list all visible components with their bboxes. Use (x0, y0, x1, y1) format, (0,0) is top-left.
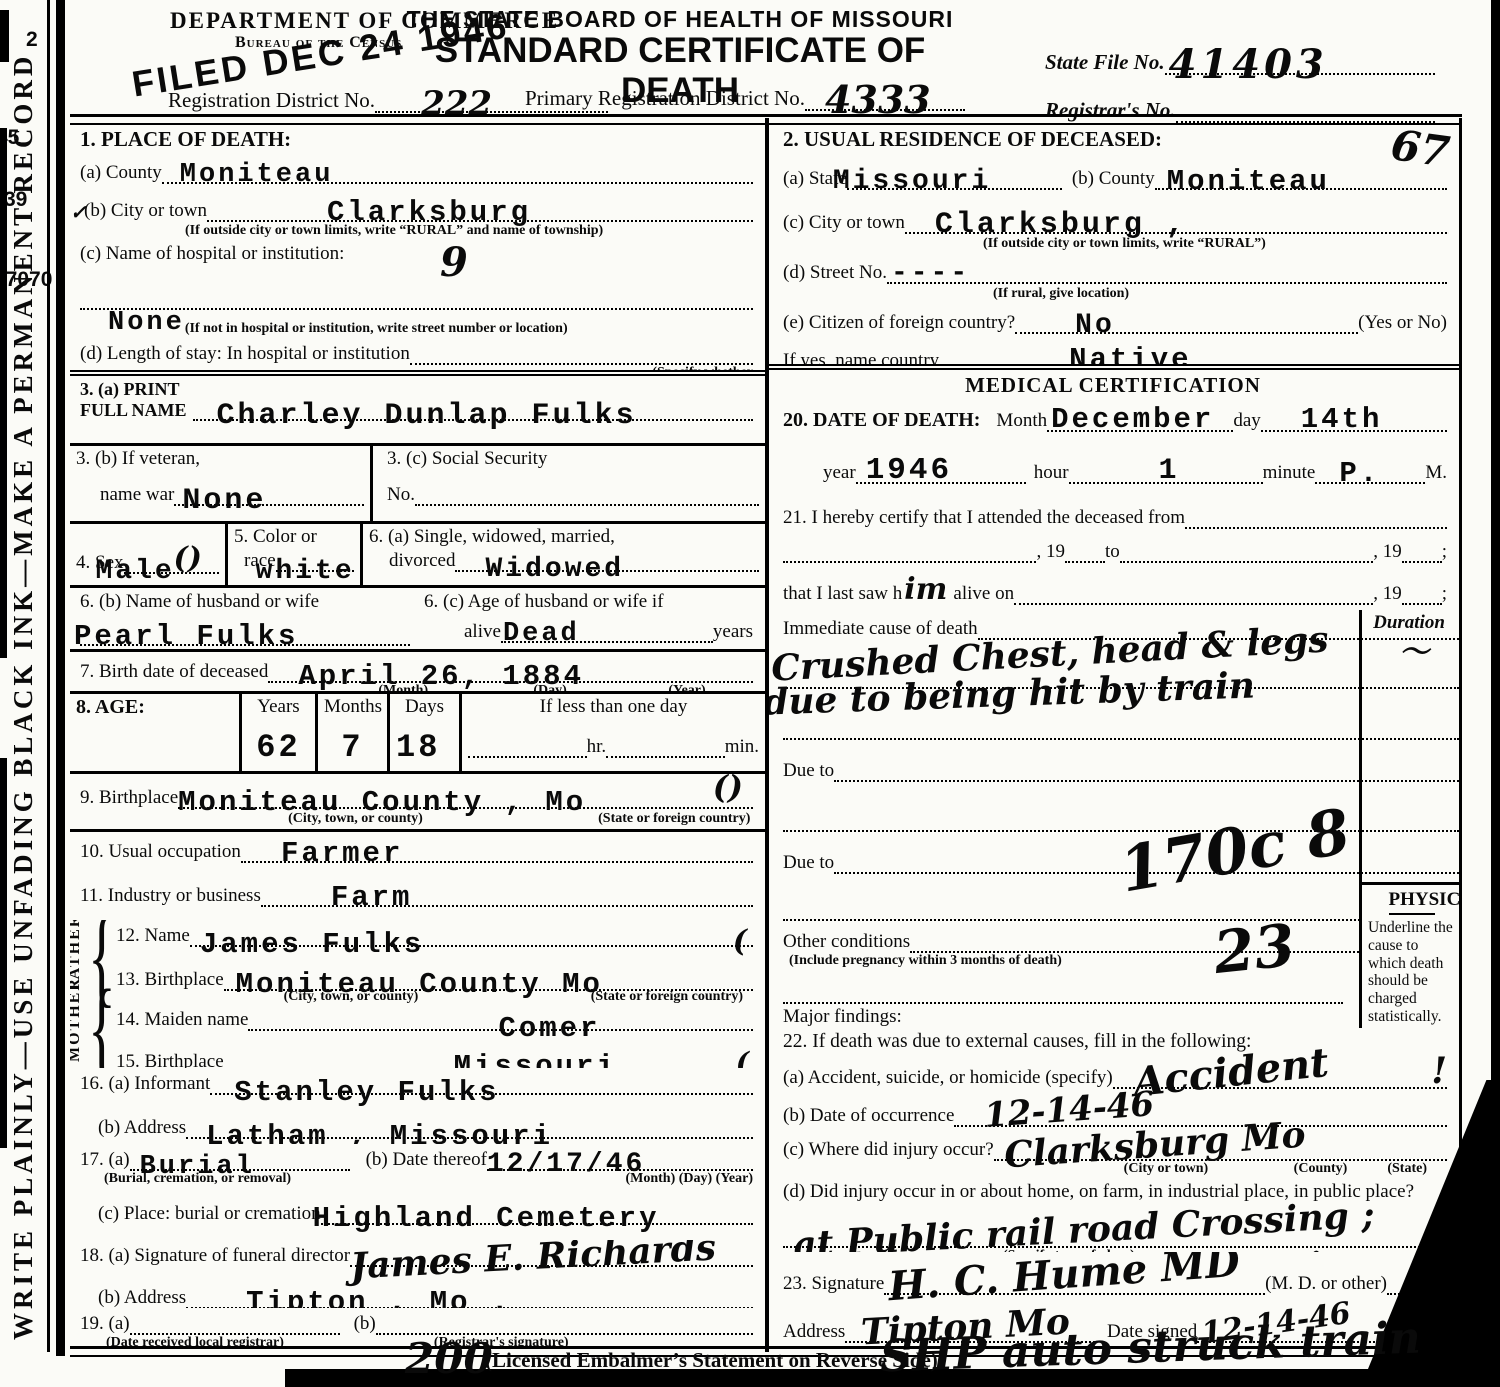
county-row: (a) County Moniteau (80, 162, 753, 184)
months-value: 7 (324, 732, 381, 764)
dotted-line: Moniteau 67 (1155, 171, 1447, 190)
rule-vertical-thick (56, 0, 65, 1356)
funeral-address-value: Tipton , Mo . (246, 1288, 511, 1308)
hospital-note: (If not in hospital or institution, writ… (185, 321, 568, 337)
mother-brace: { (88, 974, 116, 1068)
street-label: (d) Street No. (783, 262, 887, 284)
rule-vertical-thin (47, 0, 50, 1352)
accident-label: (a) Accident, suicide, or homicide (spec… (783, 1067, 1113, 1089)
ssn-no-label: No. (387, 484, 415, 506)
father-name-label: 12. Name (116, 925, 190, 947)
dotted-line: Missouri (847, 171, 1062, 190)
informant-label: 16. (a) Informant (80, 1073, 210, 1095)
dotted-line: P. (1315, 465, 1425, 484)
state-county-row: (a) State Missouri (b) County Moniteau 6… (783, 168, 1447, 190)
dotted-line: Farmer (241, 844, 753, 863)
full-name-label-block: 3. (a) PRINT FULL NAME (80, 379, 187, 421)
dotted-line: None (174, 487, 364, 506)
yes-no-suffix: (Yes or No) (1358, 312, 1447, 334)
informant-row: 16. (a) Informant Stanley Fulks (80, 1073, 753, 1095)
section-3a-full-name: 3. (a) PRINT FULL NAME Charley Dunlap Fu… (70, 376, 765, 446)
name-war-label: name war (100, 484, 174, 506)
registrar-b-label: (b) (354, 1313, 376, 1335)
physician-signature-row: 23. Signature H. C. Hume MD (M. D. or ot… (783, 1273, 1447, 1295)
year-label: year (823, 462, 856, 484)
mother-birthplace-value: Missouri (454, 1052, 617, 1068)
dotted-line (783, 985, 1343, 1004)
dotted-line: 12/17/46 (487, 1152, 753, 1171)
funeral-address-label: (b) Address (98, 1287, 186, 1308)
section-1-place-of-death: 1. PLACE OF DEATH: (a) County Moniteau ✓… (70, 124, 765, 376)
ssn-cell: 3. (c) Social Security No. (370, 446, 765, 521)
age-label-cell: 8. AGE: (70, 694, 242, 771)
other-conditions-label: Other conditions (783, 931, 910, 953)
full-name-label: FULL NAME (80, 400, 187, 421)
registration-district-label: Registration District No. (168, 88, 375, 113)
physician-signature-value: H. C. Hume MD (887, 1252, 1241, 1307)
dotted-line (783, 721, 1459, 740)
hour-label: hour (1034, 462, 1069, 484)
marital-row: divorced Widowed (369, 550, 759, 572)
ssn-no-row: No. (387, 484, 759, 506)
state-note: (State) (1387, 1161, 1427, 1177)
full-name-value: Charley Dunlap Fulks (217, 401, 637, 431)
state-file-value: 41403 (1169, 45, 1328, 85)
left-column: 1. PLACE OF DEATH: (a) County Moniteau ✓… (70, 124, 765, 1352)
dotted-line: Pearl Fulks (80, 627, 410, 646)
dotted-line: Dead (501, 624, 713, 643)
min-label: min. (725, 736, 759, 758)
nineteen-1: , 19 (1036, 541, 1065, 563)
days-value: 18 (396, 732, 453, 764)
dotted-line: ---- (887, 265, 1447, 284)
section-10-occupation: 10. Usual occupation Farmer (70, 832, 765, 878)
months-header: Months (324, 696, 381, 718)
dotted-line: H. C. Hume MD (884, 1276, 1265, 1295)
informant-address-row: (b) Address Latham , Missouri (80, 1117, 753, 1139)
spouse-age-label-1: 6. (c) Age of husband or wife if (424, 591, 753, 613)
age-days-cell: Days 18 (390, 694, 462, 771)
sex-cell: 4. Sex Male () (70, 524, 228, 585)
burial-place-label: (c) Place: burial or cremation (98, 1203, 321, 1225)
age-label: 8. AGE: (76, 696, 145, 718)
city-note: (City or town) (1124, 1161, 1209, 1177)
spouse-columns: 6. (b) Name of husband or wife Pearl Ful… (80, 591, 753, 646)
race-label-1: 5. Color or (234, 526, 354, 548)
dotted-line (130, 1316, 340, 1335)
dotted-line: James E. Richards (350, 1248, 753, 1267)
dotted-line (783, 814, 1459, 833)
residence-city-row: (c) City or town Clarksburg , (783, 212, 1447, 234)
date-thereof-label: (b) Date thereof (366, 1149, 487, 1171)
section-4-5-6a: 4. Sex Male () 5. Color or race (70, 524, 765, 588)
marital-value: Widowed (485, 556, 624, 584)
dotted-line: 14th (1261, 413, 1447, 432)
dotted-line (376, 1316, 753, 1335)
section-3b-3c: 3. (b) If veteran, name war None 3. (c) … (70, 446, 765, 524)
section-12-15-parents: FATHER { MOTHER { 12. Name James Fulks (… (70, 920, 765, 1068)
marital-cell: 6. (a) Single, widowed, married, divorce… (363, 524, 765, 585)
scrawl-mark: () (174, 544, 202, 574)
dotted-line (1185, 510, 1447, 529)
birthdate-label: 7. Birth date of deceased (80, 661, 268, 683)
section-17-burial: 17. (a) Burial (b) Date thereof 12/17/46… (70, 1144, 765, 1240)
age-years-cell: Years 62 (242, 694, 318, 771)
to-label: to (1105, 541, 1120, 563)
dotted-line: 1 (1069, 465, 1263, 484)
dotted-line: Native (939, 353, 1447, 370)
dotted-line: (Month) (Day) (Year) April 26, 1884 (268, 664, 753, 683)
death-certificate-scan: 2 45 39 47070 WRITE PLAINLY—USE UNFADING… (0, 0, 1500, 1387)
dotted-line: Farm (261, 888, 753, 907)
minute-label: minute (1263, 462, 1316, 484)
street-value: ---- (891, 260, 970, 288)
dotted-line: Moniteau County Mo (City, town, or count… (224, 972, 753, 991)
checkmark: ✓ (70, 202, 87, 222)
certificate-form: DEPARTMENT OF COMMERCE Bureau of the Cen… (70, 0, 1462, 1356)
dotted-line (410, 346, 753, 365)
hospital-label-row: (c) Name of hospital or institution: 9 (80, 243, 753, 265)
dotted-line: Comer (248, 1012, 753, 1031)
attended-row-1: 21. I hereby certify that I attended the… (783, 507, 1447, 529)
citizen-value: No (1075, 312, 1115, 340)
immediate-cause-label: Immediate cause of death (783, 618, 978, 640)
section-9-birthplace: 9. Birthplace Moniteau County , Mo () (C… (70, 774, 765, 832)
death-day-value: 14th (1301, 405, 1383, 434)
dotted-line (1402, 586, 1442, 605)
residence-county-label: (b) County (1072, 168, 1155, 190)
birthplace-row: 9. Birthplace Moniteau County , Mo () (C… (80, 787, 753, 809)
dotted-line: 4333 (805, 92, 965, 111)
city-row: ✓ (b) City or town Clarksburg (80, 200, 753, 222)
death-month-value: December (1051, 405, 1214, 434)
dotted-line: December (1047, 413, 1233, 432)
scrawl-mark: ( (736, 1049, 749, 1068)
length-of-stay-row: (d) Length of stay: In hospital or insti… (80, 343, 753, 365)
state-country-note: (State or foreign country) (598, 811, 750, 827)
exclamation-scrawl: ! (1431, 1053, 1447, 1089)
print-label: 3. (a) PRINT (80, 379, 187, 400)
dotted-line: Moniteau County , Mo () (City, town, or … (178, 790, 753, 809)
spouse-age-row: alive Dead years (424, 621, 753, 643)
dotted-line: white (276, 553, 354, 572)
occupation-row: 10. Usual occupation Farmer (80, 841, 753, 863)
county-note: (County) (1294, 1161, 1348, 1177)
dotted-line (468, 739, 587, 758)
dotted-line: Latham , Missouri (186, 1120, 753, 1139)
board-title: THE STATE BOARD OF HEALTH OF MISSOURI (400, 6, 960, 33)
section-8-age: 8. AGE: Years 62 Months 7 Days 18 (70, 694, 765, 774)
less-than-day-cell: If less than one day hr. min. (462, 694, 765, 771)
dotted-line (1402, 544, 1442, 563)
md-or-other-suffix: (M. D. or other) (1265, 1273, 1387, 1295)
citizen-row: (e) Citizen of foreign country? No (Yes … (783, 312, 1447, 334)
dotted-line: Moniteau (162, 165, 753, 184)
dotted-line: No (1015, 315, 1358, 334)
dotted-line: Widowed (455, 553, 759, 572)
burial-place-value: Highland Cemetery (313, 1204, 660, 1233)
dotted-line: Tipton , Mo . (186, 1290, 753, 1308)
state-country-note: (State or foreign country) (591, 989, 743, 1005)
dotted-line (80, 291, 753, 310)
father-birthplace-label: 13. Birthplace (116, 969, 224, 991)
section-21-attendance: 21. I hereby certify that I attended the… (769, 502, 1459, 610)
section-18-funeral-director: 18. (a) Signature of funeral director Ja… (70, 1240, 765, 1308)
physician-address-label: Address (783, 1321, 845, 1343)
other-conditions-row: Other conditions (783, 929, 1459, 953)
dotted-line: Clarksburg Mo (City or town) (County) (S… (994, 1142, 1447, 1161)
industry-value: Farm (331, 883, 413, 912)
m-label: M. (1425, 462, 1447, 484)
registrar-row: 19. (a) (b) (80, 1313, 753, 1335)
occupation-label: 10. Usual occupation (80, 841, 241, 863)
dotted-line (1120, 544, 1373, 563)
residence-city-value: Clarksburg , (935, 210, 1187, 240)
margin-vertical-instruction: WRITE PLAINLY—USE UNFADING BLACK INK—MAK… (8, 150, 39, 1340)
race-cell: 5. Color or race white (228, 524, 363, 585)
occurrence-date-row: (b) Date of occurrence 12-14-46 (783, 1105, 1447, 1127)
parents-rows: 12. Name James Fulks ( 13. Birthplace Mo… (116, 925, 753, 1068)
dotted-line: Male () (124, 555, 220, 574)
primary-district-label: Primary Registration District No. (525, 86, 805, 111)
marital-label-1: 6. (a) Single, widowed, married, (369, 526, 759, 548)
scrawl-mark: 67 (1388, 124, 1452, 174)
race-value: white (256, 558, 355, 586)
state-value: Missouri (833, 168, 991, 196)
birthdate-row: 7. Birth date of deceased (Month) (Day) … (80, 661, 753, 683)
footer-code-handwritten: 200 (405, 1338, 493, 1380)
scan-artifact (1491, 0, 1500, 1180)
dotted-line (415, 487, 759, 506)
section-1-title: 1. PLACE OF DEATH: (80, 127, 753, 152)
signature-label: 23. Signature (783, 1273, 884, 1295)
dotted-line (783, 544, 1036, 563)
veteran-cell: 3. (b) If veteran, name war None (70, 446, 370, 521)
dotted-line: Clarksburg (207, 203, 753, 222)
dotted-line: Stanley Fulks (210, 1076, 753, 1095)
age-months-cell: Months 7 (318, 694, 390, 771)
right-column: 2. USUAL RESIDENCE OF DECEASED: (a) Stat… (769, 124, 1459, 1352)
informant-address-value: Latham , Missouri (206, 1122, 553, 1144)
dotted-line: Highland Cemetery (321, 1206, 753, 1225)
cause-of-death-block: Immediate cause of death Due to Due to O… (769, 610, 1459, 1028)
occupation-value: Farmer (281, 839, 403, 868)
citizen-label: (e) Citizen of foreign country? (783, 312, 1015, 334)
scrawl-mark: () (713, 774, 743, 803)
death-hour-value: 1 (1159, 456, 1180, 486)
section-7-birthdate: 7. Birth date of deceased (Month) (Day) … (70, 652, 765, 694)
funeral-director-label: 18. (a) Signature of funeral director (80, 1245, 350, 1267)
spouse-name-value: Pearl Fulks (74, 622, 298, 651)
edge-number-1: 2 (26, 28, 38, 52)
due-to-label-2: Due to (783, 852, 834, 874)
occurrence-date-label: (b) Date of occurrence (783, 1105, 954, 1127)
month-label: Month (996, 410, 1047, 432)
hr-min-row: hr. min. (468, 736, 759, 758)
funeral-address-row: (b) Address Tipton , Mo . (80, 1287, 753, 1308)
birthdate-value: April 26, 1884 (298, 662, 584, 691)
spouse-name-label: 6. (b) Name of husband or wife (80, 591, 410, 613)
section-11-industry: 11. Industry or business Farm (70, 878, 765, 920)
dotted-line (783, 902, 1459, 921)
mother-maiden-row: 14. Maiden name Comer (116, 1009, 753, 1031)
year-note: (Year) (668, 683, 705, 694)
section-16-informant: 16. (a) Informant Stanley Fulks (b) Addr… (70, 1068, 765, 1144)
street-row: (d) Street No. ---- (783, 262, 1447, 284)
mother-birthplace-row: 15. Birthplace Missouri ( (City, town, o… (116, 1051, 753, 1068)
name-country-value: Native (1069, 345, 1191, 370)
dotted-line (834, 763, 1459, 782)
father-name-value: James Fulks (200, 930, 424, 959)
informant-value: Stanley Fulks (234, 1078, 499, 1107)
injury-location-value: at Public rail road Crossing ; (792, 1197, 1375, 1252)
scrawl-mark: 9 (440, 243, 468, 283)
section-2-residence: 2. USUAL RESIDENCE OF DECEASED: (a) Stat… (769, 124, 1459, 370)
external-causes-title: 22. If death was due to external causes,… (783, 1031, 1447, 1053)
duration-mark: 〜 (1399, 638, 1429, 668)
last-saw-text: that I last saw h (783, 583, 902, 605)
section-6b-6c: 6. (b) Name of husband or wife Pearl Ful… (70, 588, 765, 652)
him-handwritten: im (904, 575, 947, 605)
ssn-label: 3. (c) Social Security (387, 448, 759, 470)
funeral-director-signature: James E. Richards (349, 1240, 716, 1285)
primary-district-row: Primary Registration District No. 4333 (525, 86, 965, 111)
statistical-code-scrawl-2: 23 (1211, 916, 1297, 982)
dotted-line: 1946 (856, 465, 1026, 484)
industry-label: 11. Industry or business (80, 885, 261, 907)
dotted-line: Missouri ( (City, town, or county) (Stat… (224, 1054, 753, 1068)
county-label: (a) County (80, 162, 162, 184)
section-20-date-of-death: 20. DATE OF DEATH: Month December day 14… (769, 404, 1459, 502)
length-of-stay-label: (d) Length of stay: In hospital or insti… (80, 343, 410, 365)
sex-row: 4. Sex Male () (76, 552, 219, 574)
race-row: race white (234, 550, 354, 572)
birthplace-label: 9. Birthplace (80, 787, 178, 809)
burial-row: 17. (a) Burial (b) Date thereof 12/17/46 (80, 1149, 753, 1171)
city-county-note: (City, town, or county) (284, 989, 419, 1005)
alive-on-text: alive on (953, 583, 1014, 605)
semicolon-1: ; (1442, 541, 1447, 563)
residence-county-value: Moniteau (1167, 167, 1330, 196)
dotted-line (1065, 544, 1105, 563)
nineteen-2: , 19 (1373, 541, 1402, 563)
death-ampm-value: P. (1339, 459, 1380, 488)
nineteen-3: , 19 (1373, 583, 1402, 605)
father-name-row: 12. Name James Fulks ( (116, 925, 753, 947)
county-value: Moniteau (180, 162, 334, 189)
duration-header: Duration (1362, 612, 1456, 634)
injury-place-row: (c) Where did injury occur? Clarksburg M… (783, 1139, 1447, 1161)
physician-box: PHYSICIAN Underline the cause to which d… (1359, 882, 1459, 1028)
veteran-ssn-columns: 3. (b) If veteran, name war None 3. (c) … (70, 446, 765, 521)
residence-city-label: (c) City or town (783, 212, 905, 234)
funeral-director-row: 18. (a) Signature of funeral director Ja… (80, 1245, 753, 1267)
scan-artifact (0, 10, 9, 62)
registrar-a-label: 19. (a) (80, 1313, 130, 1335)
veteran-label: 3. (b) If veteran, (76, 448, 364, 470)
hospital-value-row: None (If not in hospital or institution,… (80, 310, 753, 337)
date-of-death-label: 20. DATE OF DEATH: (783, 409, 980, 432)
city-value: Clarksburg (327, 198, 531, 227)
scan-artifact (0, 128, 7, 658)
spouse-age-value: Dead (503, 621, 580, 648)
dotted-line (606, 739, 725, 758)
city-label: (b) City or town (84, 200, 207, 222)
burial-no-label: 17. (a) (80, 1149, 130, 1171)
dotted-line: at Public rail road Crossing ; (783, 1229, 1447, 1248)
years-suffix: years (713, 621, 753, 643)
father-birthplace-row: 13. Birthplace Moniteau County Mo (City,… (116, 969, 753, 991)
sex-value: Male (96, 558, 175, 586)
informant-address-label: (b) Address (98, 1117, 186, 1139)
death-date-row-2: year 1946 hour 1 minute P. M. (783, 462, 1447, 484)
state-file-row: State File No. 41403 (1045, 50, 1435, 75)
section-22-external-causes: 22. If death was due to external causes,… (769, 1028, 1459, 1252)
alive-label: alive (464, 621, 501, 643)
injury-place-label: (c) Where did injury occur? (783, 1139, 994, 1161)
death-year-value: 1946 (866, 455, 952, 486)
hr-label: hr. (587, 736, 607, 758)
physician-instruction: Underline the cause to which death shoul… (1368, 919, 1455, 1026)
burial-place-row: (c) Place: burial or cremation Highland … (80, 1203, 753, 1225)
less-than-day-header: If less than one day (468, 696, 759, 718)
section-2-title: 2. USUAL RESIDENCE OF DECEASED: (783, 127, 1447, 152)
dotted-line (1014, 586, 1373, 605)
physician-title: PHYSICIAN (1389, 889, 1435, 915)
dotted-line: Charley Dunlap Fulks (193, 402, 753, 421)
name-country-label: If yes, name country (783, 350, 939, 370)
dotted-line: James Fulks ( (190, 928, 753, 947)
hospital-label: (c) Name of hospital or institution: (80, 243, 344, 265)
death-date-row-1: 20. DATE OF DEATH: Month December day 14… (783, 409, 1447, 432)
full-name-row: 3. (a) PRINT FULL NAME Charley Dunlap Fu… (80, 379, 753, 421)
day-label: day (1233, 410, 1260, 432)
dotted-line: Accident ! (1113, 1070, 1447, 1089)
city-county-note: (City, town, or county) (288, 811, 423, 827)
scrawl-mark: ( (733, 927, 747, 957)
years-value: 62 (248, 732, 309, 764)
dotted-line: 41403 (1165, 56, 1435, 75)
scan-artifact (0, 758, 7, 1148)
major-findings-label: Major findings: (783, 1006, 1459, 1028)
sex-race-marital-columns: 4. Sex Male () 5. Color or race (70, 524, 765, 585)
medical-certification-title: MEDICAL CERTIFICATION (779, 373, 1447, 398)
attended-row-2: , 19 to , 19 ; (783, 541, 1447, 563)
industry-row: 11. Industry or business Farm (80, 885, 753, 907)
embalmer-statement-note: (Licensed Embalmer’s Statement on Revers… (485, 1348, 938, 1373)
state-file-label: State File No. (1045, 50, 1165, 75)
specify-whether-note: (Specify whether (80, 365, 753, 376)
mother-maiden-value: Comer (498, 1014, 600, 1043)
dotted-line: Clarksburg , (905, 215, 1447, 234)
age-table: 8. AGE: Years 62 Months 7 Days 18 (70, 694, 765, 771)
name-country-row: If yes, name country Native (783, 350, 1447, 370)
veteran-war-row: name war None (76, 484, 364, 506)
spouse-name-block: 6. (b) Name of husband or wife Pearl Ful… (80, 591, 410, 646)
mother-maiden-label: 14. Maiden name (116, 1009, 248, 1031)
form-header: DEPARTMENT OF COMMERCE Bureau of the Cen… (70, 0, 1462, 118)
medical-certification-header: MEDICAL CERTIFICATION (769, 370, 1459, 404)
date-thereof-value: 12/17/46 (487, 1151, 645, 1179)
mother-vertical-label: MOTHER (70, 996, 84, 1062)
street-note: (If rural, give location) (993, 286, 1447, 302)
spouse-age-block: 6. (c) Age of husband or wife if alive D… (424, 591, 753, 646)
semicolon-2: ; (1442, 583, 1447, 605)
dotted-line: Burial (130, 1152, 350, 1171)
veteran-value: None (182, 486, 266, 516)
marital-label-2: divorced (389, 550, 455, 572)
due-to-row-1: Due to (783, 756, 1459, 782)
